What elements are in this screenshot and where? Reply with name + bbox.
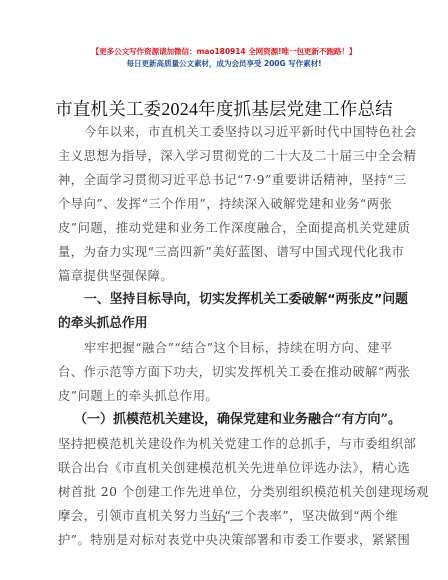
document-title: 市直机关工委2024年度抓基层党建工作总结 xyxy=(0,96,448,121)
paragraph-line: 神，全面学习贯彻习近平总书记“7·9”重要讲话精神，坚持“三 xyxy=(58,172,392,188)
heading-line: 的牵头抓总作用 xyxy=(58,316,148,332)
paragraph-line: 坚持把模范机关建设作为机关党建工作的总抓手，与市委组织部 xyxy=(58,436,392,452)
promo-banner-membership-line: 每日更新高质量公文素材，成为会员享受 200G 写作素材! xyxy=(0,58,448,69)
title-prefix: 市直机关工委 xyxy=(55,100,161,120)
paragraph-line: 量，为奋力实现“三高四新”美好蓝图、谱写中国式现代化我市 xyxy=(58,244,392,260)
paragraph-line: 台、作示范等方面下功夫，切实发挥机关工委在推动破解“两张 xyxy=(58,364,392,380)
heading-line: 一、坚持目标导向，切实发挥机关工委破解“两张皮”问题 xyxy=(84,292,392,308)
title-year: 2024 xyxy=(161,99,198,119)
paragraph-line: 牢牢把握“融合”“结合”这个目标，持续在明方向、建平 xyxy=(84,340,392,356)
paragraph-line: 树首批 20 个创建工作先进单位，分类别组织模范机关创建现场观 xyxy=(58,484,392,500)
paragraph-line: 篇章提供坚强保障。 xyxy=(58,268,392,284)
heading-line: （一）抓模范机关建设，确保党建和业务融合“有方向”。 xyxy=(74,412,394,428)
paragraph-line: 联合出台《市直机关创建模范机关先进单位评选办法》，精心选 xyxy=(58,460,392,476)
paragraph-line: 主义思想为指导，深入学习贯彻党的二十大及二十届三中全会精 xyxy=(58,148,392,164)
title-suffix: 年度抓基层党建工作总结 xyxy=(198,100,393,120)
paragraph-line: 皮”问题上的牵头抓总作用。 xyxy=(58,388,392,404)
paragraph-line: 皮”问题，推动党建和业务工作深度融合，全面提高机关党建质 xyxy=(58,220,392,236)
page-number: — 1 — xyxy=(0,512,448,527)
paragraph-line: 今年以来，市直机关工委坚持以习近平新时代中国特色社会 xyxy=(84,124,392,140)
paragraph-line: 护”。特别是对标对表党中央决策部署和市委工作要求，紧紧围 xyxy=(58,532,392,548)
paragraph-line: 个导向”、发挥“三个作用”，持续深入破解党建和业务“两张 xyxy=(58,196,392,212)
promo-banner-wechat-line: 【更多公文写作资源请加微信：mao180914 全网资源!唯一包更新不跑路！】 xyxy=(0,46,448,57)
